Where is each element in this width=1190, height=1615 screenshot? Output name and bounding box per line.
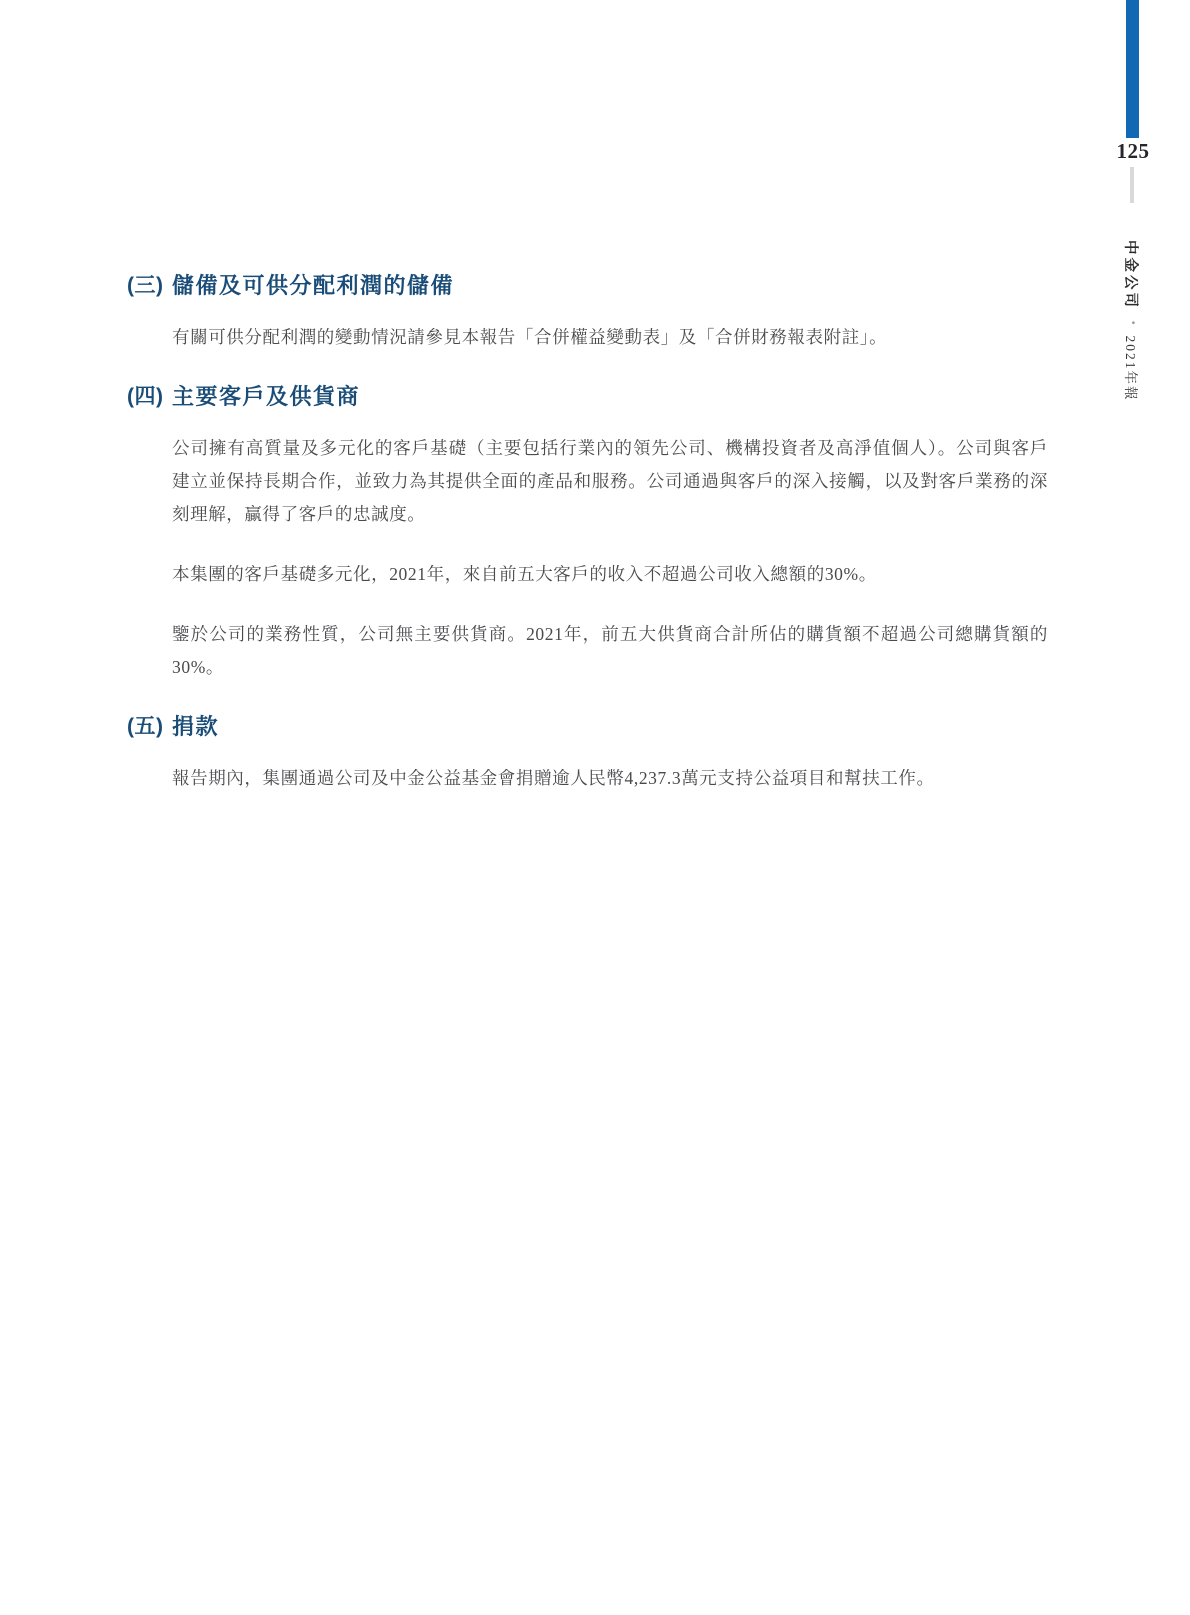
paragraph: 鑒於公司的業務性質，公司無主要供貨商。2021年，前五大供貨商合計所佔的購貨額不… [172,618,1048,684]
section-body: 公司擁有高質量及多元化的客戶基礎（主要包括行業內的領先公司、機構投資者及高淨值個… [172,432,1048,684]
paragraph: 有關可供分配利潤的變動情況請參見本報告「合併權益變動表」及「合併財務報表附註」。 [172,321,1048,354]
section-number: (五) [127,712,172,742]
section-body: 報告期內，集團通過公司及中金公益基金會捐贈逾人民幣4,237.3萬元支持公益項目… [172,762,1048,795]
report-edition: 2021年報 [1122,336,1142,402]
annual-report-page: (三) 儲備及可供分配利潤的儲備 有關可供分配利潤的變動情況請參見本報告「合併權… [0,0,1190,1615]
section-number: (三) [127,271,172,301]
section-heading: (五) 捐款 [127,712,1048,742]
section-number: (四) [127,382,172,412]
section-title: 捐款 [172,712,219,742]
section-reserves: (三) 儲備及可供分配利潤的儲備 有關可供分配利潤的變動情況請參見本報告「合併權… [127,271,1048,354]
company-name: 中金公司 [1122,240,1143,310]
section-title: 主要客戶及供貨商 [172,382,360,412]
section-body: 有關可供分配利潤的變動情況請參見本報告「合併權益變動表」及「合併財務報表附註」。 [172,321,1048,354]
paragraph: 報告期內，集團通過公司及中金公益基金會捐贈逾人民幣4,237.3萬元支持公益項目… [172,762,1048,795]
section-title: 儲備及可供分配利潤的儲備 [172,271,454,301]
paragraph: 本集團的客戶基礎多元化，2021年，來自前五大客戶的收入不超過公司收入總額的30… [172,558,1048,591]
section-major-clients-suppliers: (四) 主要客戶及供貨商 公司擁有高質量及多元化的客戶基礎（主要包括行業內的領先… [127,382,1048,684]
page-content: (三) 儲備及可供分配利潤的儲備 有關可供分配利潤的變動情況請參見本報告「合併權… [127,271,1048,795]
accent-bar [1126,0,1139,138]
section-heading: (三) 儲備及可供分配利潤的儲備 [127,271,1048,301]
sidebar-caption: 中金公司 • 2021年報 [1123,240,1141,402]
section-heading: (四) 主要客戶及供貨商 [127,382,1048,412]
bullet-separator-icon: • [1127,321,1137,325]
page-number-tick [1130,167,1134,203]
section-donations: (五) 捐款 報告期內，集團通過公司及中金公益基金會捐贈逾人民幣4,237.3萬… [127,712,1048,795]
paragraph: 公司擁有高質量及多元化的客戶基礎（主要包括行業內的領先公司、機構投資者及高淨值個… [172,432,1048,531]
page-number: 125 [1108,139,1158,164]
